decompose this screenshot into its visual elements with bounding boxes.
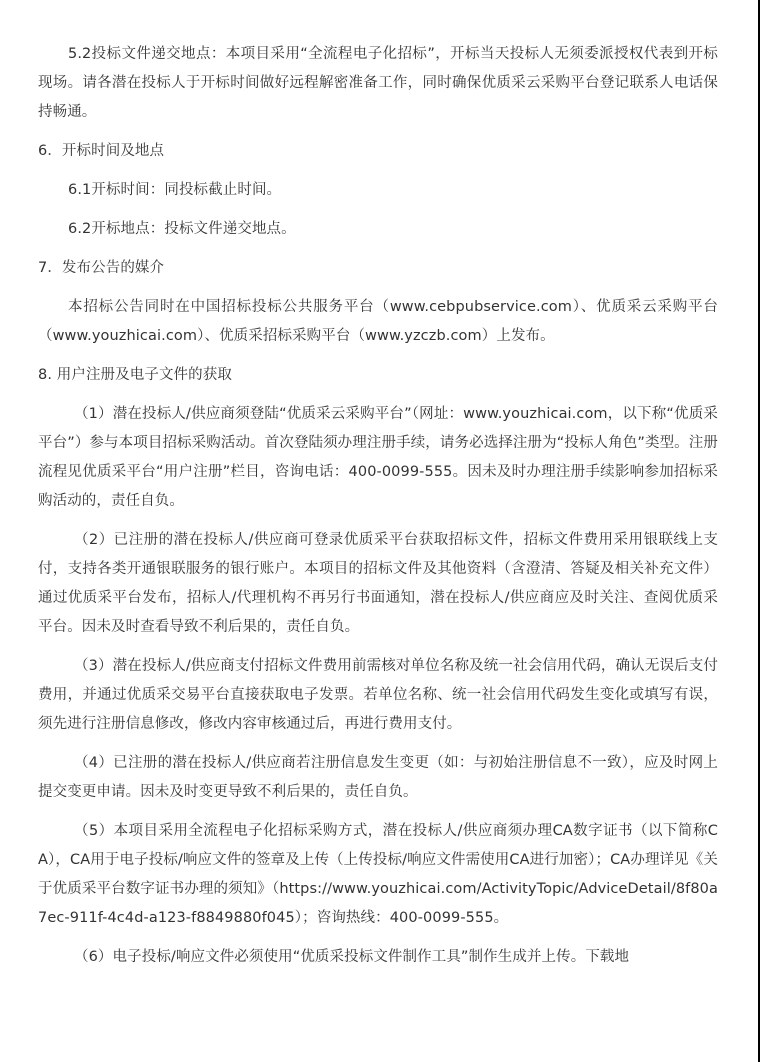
list-item-8-3: （3）潜在投标人/供应商支付招标文件费用前需核对单位名称及统一社会信用代码，确认… bbox=[38, 652, 718, 739]
list-item-8-1: （1）潜在投标人/供应商须登陆“优质采云采购平台”（网址：www.youzhic… bbox=[38, 400, 718, 516]
paragraph-7-body: 本招标公告同时在中国招标投标公共服务平台（www.cebpubservice.c… bbox=[38, 293, 718, 351]
list-item-8-6: （6）电子投标/响应文件必须使用“优质采投标文件制作工具”制作生成并上传。下载地 bbox=[38, 943, 718, 972]
paragraph-6-2: 6.2开标地点：投标文件递交地点。 bbox=[38, 215, 718, 244]
heading-6: 6．开标时间及地点 bbox=[38, 137, 718, 166]
document-body: 5.2投标文件递交地点：本项目采用“全流程电子化招标”，开标当天投标人无须委派授… bbox=[38, 40, 718, 982]
paragraph-6-1: 6.1开标时间：同投标截止时间。 bbox=[38, 176, 718, 205]
list-item-8-4: （4）已注册的潜在投标人/供应商若注册信息发生变更（如：与初始注册信息不一致），… bbox=[38, 749, 718, 807]
heading-8: 8. 用户注册及电子文件的获取 bbox=[38, 361, 718, 390]
list-item-8-2: （2）已注册的潜在投标人/供应商可登录优质采平台获取招标文件，招标文件费用采用银… bbox=[38, 526, 718, 642]
list-item-8-5: （5）本项目采用全流程电子化招标采购方式，潜在投标人/供应商须办理CA数字证书（… bbox=[38, 817, 718, 933]
heading-7: 7．发布公告的媒介 bbox=[38, 254, 718, 283]
paragraph-5-2: 5.2投标文件递交地点：本项目采用“全流程电子化招标”，开标当天投标人无须委派授… bbox=[38, 40, 718, 127]
